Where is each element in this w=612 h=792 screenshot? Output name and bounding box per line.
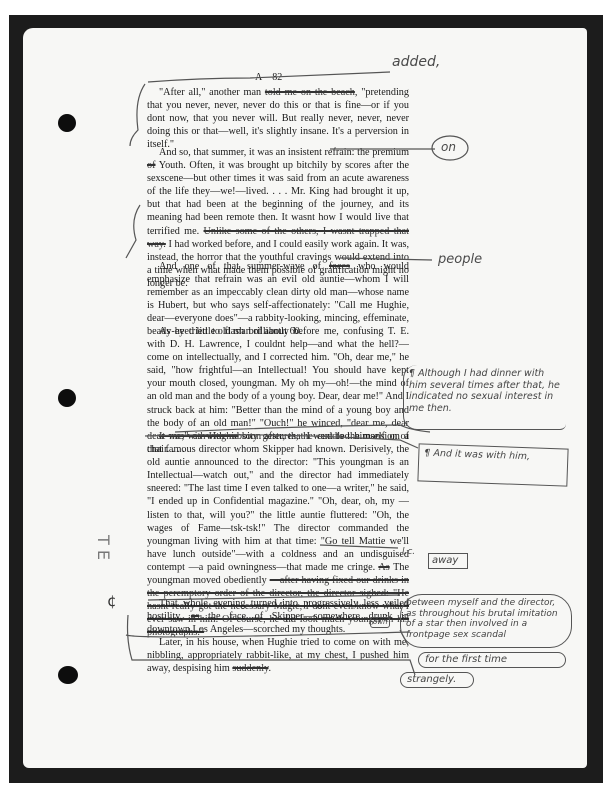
pen-marks	[0, 0, 612, 792]
